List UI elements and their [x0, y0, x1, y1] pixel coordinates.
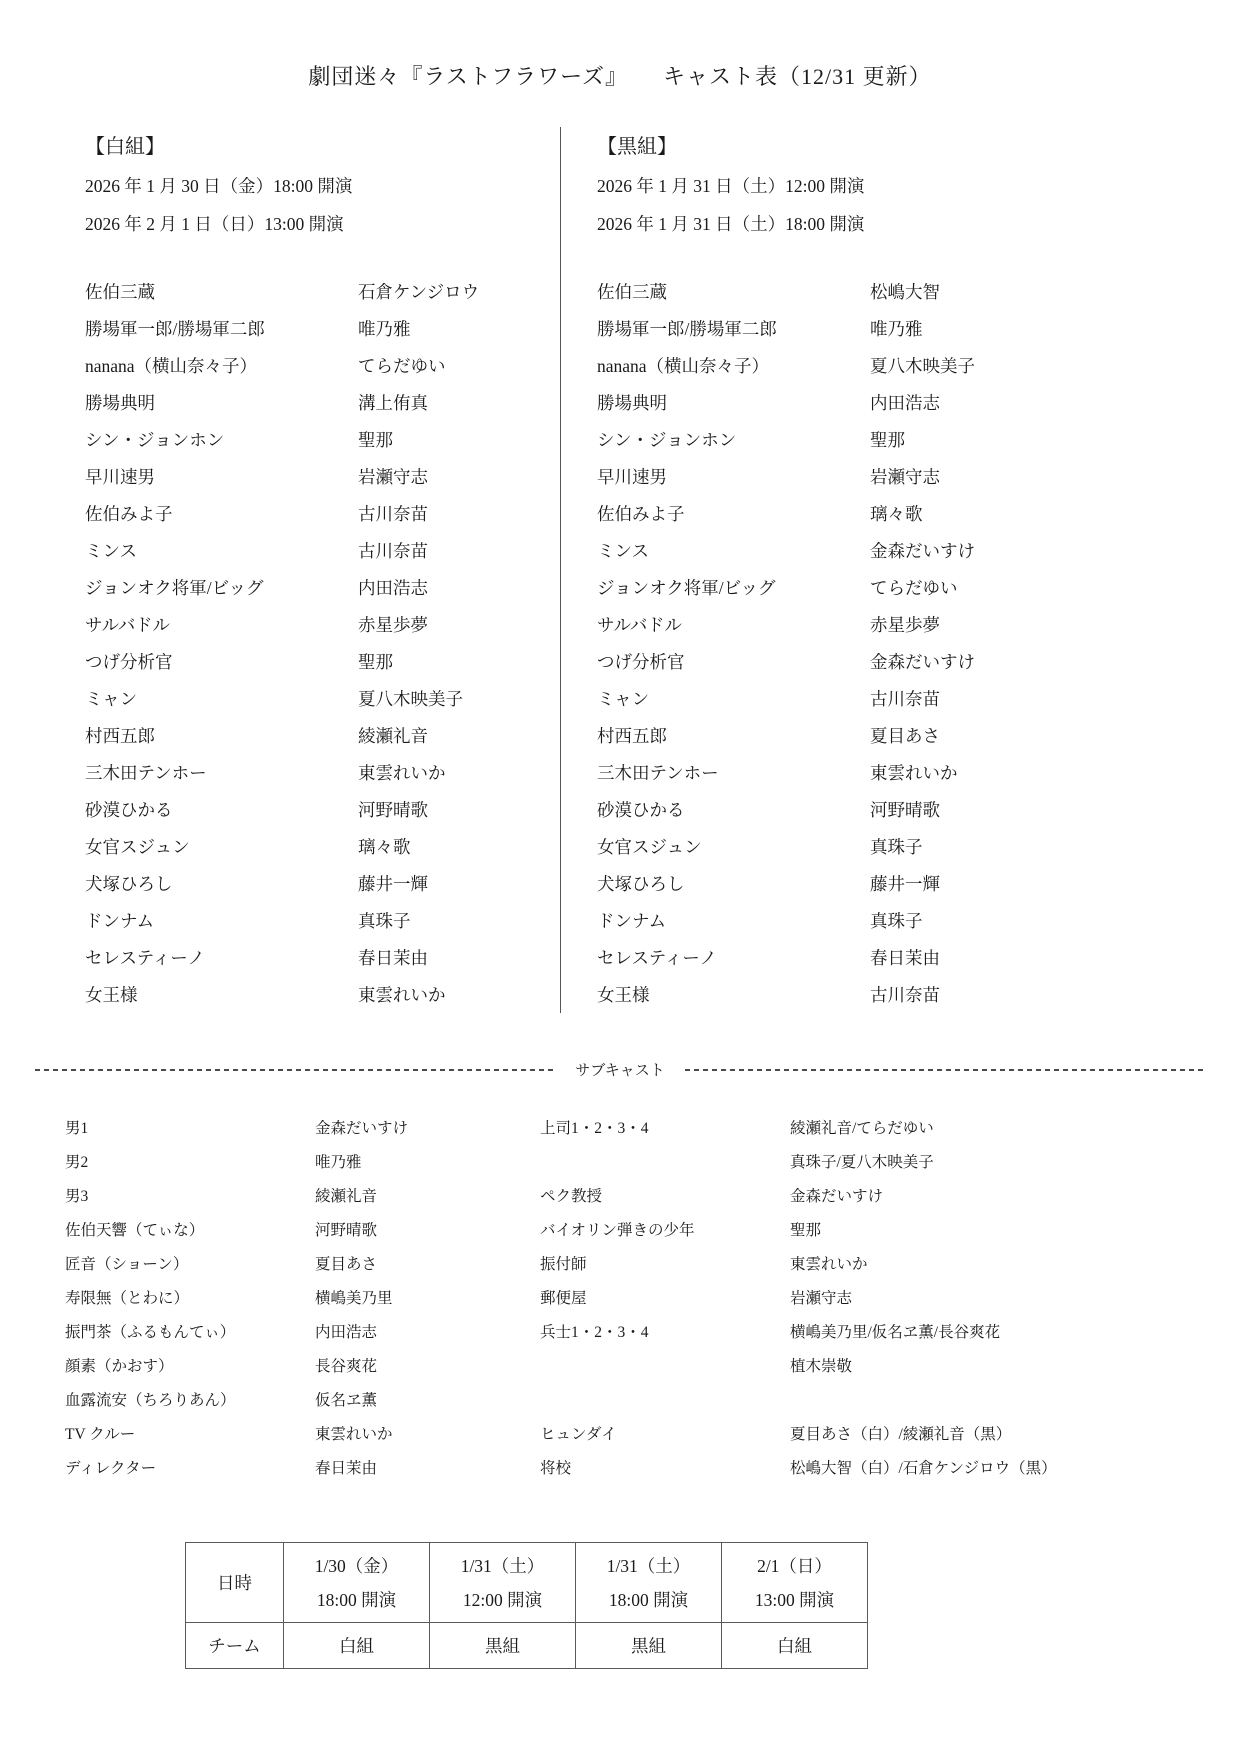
- cast-row: 早川速男 岩瀬守志: [85, 458, 560, 495]
- subcast-row: TV クルー 東雲れいか ヒュンダイ 夏目あさ（白）/綾瀬礼音（黒）: [65, 1416, 1240, 1450]
- cast-row: 村西五郎 綾瀬礼音: [85, 717, 560, 754]
- subcast-row: 顔素（かおす） 長谷爽花 植木崇敬: [65, 1348, 1240, 1382]
- role-name: 勝場典明: [597, 390, 870, 415]
- subcast-actor-left: 仮名ヱ薫: [315, 1388, 540, 1410]
- cast-row: ミンス 古川奈苗: [85, 532, 560, 569]
- subcast-role-right: 上司1・2・3・4: [540, 1116, 790, 1138]
- cast-row: 佐伯みよ子 璃々歌: [597, 495, 1150, 532]
- actor-name: 赤星歩夢: [870, 612, 1150, 637]
- role-name: 佐伯みよ子: [85, 501, 358, 526]
- subcast-role-left: 振門茶（ふるもんてぃ）: [65, 1320, 315, 1342]
- subcast-actor-left: 横嶋美乃里: [315, 1286, 540, 1308]
- role-name: 勝場典明: [85, 390, 358, 415]
- subcast-role-left: 血露流安（ちろりあん）: [65, 1388, 315, 1410]
- actor-name: 内田浩志: [870, 390, 1150, 415]
- subcast-role-right: 郵便屋: [540, 1286, 790, 1308]
- subcast-row: 振門茶（ふるもんてぃ） 内田浩志 兵士1・2・3・4 横嶋美乃里/仮名ヱ薫/長谷…: [65, 1314, 1240, 1348]
- cast-row: ミンス 金森だいすけ: [597, 532, 1150, 569]
- role-name: 犬塚ひろし: [597, 871, 870, 896]
- team-black-header: 【黒組】: [597, 127, 1150, 167]
- actor-name: 夏八木映美子: [870, 353, 1150, 378]
- role-name: 佐伯三蔵: [85, 279, 358, 304]
- actor-name: てらだゆい: [870, 575, 1150, 600]
- role-name: ミャン: [85, 686, 358, 711]
- actor-name: 古川奈苗: [358, 538, 560, 563]
- actor-name: 古川奈苗: [358, 501, 560, 526]
- subcast-row: 寿限無（とわに） 横嶋美乃里 郵便屋 岩瀬守志: [65, 1280, 1240, 1314]
- role-name: 女官スジュン: [85, 834, 358, 859]
- subcast-role-left: 寿限無（とわに）: [65, 1286, 315, 1308]
- team-black-date-1: 2026 年 1 月 31 日（土）12:00 開演: [597, 167, 1150, 205]
- subcast-actor-right: 植木崇敬: [790, 1354, 1240, 1376]
- actor-name: 綾瀬礼音: [358, 723, 560, 748]
- team-white-header: 【白組】: [85, 127, 560, 167]
- role-name: サルバドル: [597, 612, 870, 637]
- subcast-actor-left: 夏目あさ: [315, 1252, 540, 1274]
- cast-row: 犬塚ひろし 藤井一輝: [597, 865, 1150, 902]
- actor-name: 聖那: [358, 427, 560, 452]
- actor-name: 河野晴歌: [358, 797, 560, 822]
- role-name: 早川速男: [85, 464, 358, 489]
- cast-row: シン・ジョンホン 聖那: [85, 421, 560, 458]
- subcast-role-left: 男1: [65, 1116, 315, 1138]
- role-name: つげ分析官: [85, 649, 358, 674]
- cast-row: 勝場軍一郎/勝場軍二郎 唯乃雅: [85, 310, 560, 347]
- subcast-role-right: ペク教授: [540, 1184, 790, 1206]
- team-white-date-1: 2026 年 1 月 30 日（金）18:00 開演: [85, 167, 560, 205]
- role-name: 女王様: [597, 982, 870, 1007]
- subcast-role-right: ヒュンダイ: [540, 1422, 790, 1444]
- team-black-cast-list: 佐伯三蔵 松嶋大智 勝場軍一郎/勝場軍二郎 唯乃雅 nanana（横山奈々子） …: [597, 273, 1150, 1013]
- role-name: セレスティーノ: [85, 945, 358, 970]
- cast-row: 村西五郎 夏目あさ: [597, 717, 1150, 754]
- subcast-row: 男3 綾瀬礼音 ペク教授 金森だいすけ: [65, 1178, 1240, 1212]
- subcast-row: 男1 金森だいすけ 上司1・2・3・4 綾瀬礼音/てらだゆい: [65, 1110, 1240, 1144]
- actor-name: 東雲れいか: [358, 760, 560, 785]
- subcast-actor-right: 横嶋美乃里/仮名ヱ薫/長谷爽花: [790, 1320, 1240, 1342]
- role-name: ジョンオク将軍/ビッグ: [597, 575, 870, 600]
- role-name: セレスティーノ: [597, 945, 870, 970]
- schedule-datetime-label: 日時: [186, 1543, 284, 1623]
- actor-name: 松嶋大智: [870, 279, 1150, 304]
- subcast-row: ディレクター 春日茉由 将校 松嶋大智（白）/石倉ケンジロウ（黒）: [65, 1450, 1240, 1484]
- schedule-team-cell: 白組: [722, 1623, 868, 1669]
- cast-row: 三木田テンホー 東雲れいか: [85, 754, 560, 791]
- actor-name: 藤井一輝: [358, 871, 560, 896]
- subcast-actor-right: 夏目あさ（白）/綾瀬礼音（黒）: [790, 1422, 1240, 1444]
- role-name: nanana（横山奈々子）: [85, 353, 358, 378]
- cast-row: サルバドル 赤星歩夢: [85, 606, 560, 643]
- subcast-role-right: バイオリン弾きの少年: [540, 1218, 790, 1240]
- role-name: 村西五郎: [597, 723, 870, 748]
- cast-row: ジョンオク将軍/ビッグ 内田浩志: [85, 569, 560, 606]
- subcast-divider-label: サブキャスト: [575, 1059, 664, 1080]
- cast-row: 犬塚ひろし 藤井一輝: [85, 865, 560, 902]
- cast-row: シン・ジョンホン 聖那: [597, 421, 1150, 458]
- cast-row: 女官スジュン 真珠子: [597, 828, 1150, 865]
- actor-name: 藤井一輝: [870, 871, 1150, 896]
- cast-row: 勝場典明 溝上侑真: [85, 384, 560, 421]
- subcast-row: 匠音（ショーン） 夏目あさ 振付師 東雲れいか: [65, 1246, 1240, 1280]
- schedule-cell: 1/30（金） 18:00 開演: [284, 1543, 430, 1623]
- team-white-column: 【白組】 2026 年 1 月 30 日（金）18:00 開演 2026 年 2…: [85, 127, 560, 1013]
- schedule-date: 1/31（土）: [440, 1549, 565, 1583]
- cast-row: 女王様 東雲れいか: [85, 976, 560, 1013]
- subcast-role-left: 匠音（ショーン）: [65, 1252, 315, 1274]
- role-name: 砂漠ひかる: [597, 797, 870, 822]
- subcast-role-right: 振付師: [540, 1252, 790, 1274]
- schedule-date: 1/31（土）: [586, 1549, 711, 1583]
- subcast-actor-left: 唯乃雅: [315, 1150, 540, 1172]
- actor-name: 真珠子: [358, 908, 560, 933]
- schedule-cell: 1/31（土） 12:00 開演: [430, 1543, 576, 1623]
- actor-name: 金森だいすけ: [870, 649, 1150, 674]
- subcast-role-left: ディレクター: [65, 1456, 315, 1478]
- cast-row: サルバドル 赤星歩夢: [597, 606, 1150, 643]
- cast-sheet-page: 劇団迷々『ラストフラワーズ』 キャスト表（12/31 更新） 【白組】 2026…: [0, 0, 1240, 1755]
- role-name: 犬塚ひろし: [85, 871, 358, 896]
- role-name: ドンナム: [597, 908, 870, 933]
- schedule-date: 2/1（日）: [732, 1549, 857, 1583]
- role-name: ドンナム: [85, 908, 358, 933]
- cast-row: セレスティーノ 春日茉由: [85, 939, 560, 976]
- role-name: ミンス: [597, 538, 870, 563]
- cast-row: 三木田テンホー 東雲れいか: [597, 754, 1150, 791]
- role-name: 三木田テンホー: [85, 760, 358, 785]
- cast-row: ドンナム 真珠子: [597, 902, 1150, 939]
- subcast-role-right: 兵士1・2・3・4: [540, 1320, 790, 1342]
- subcast-actor-right: 金森だいすけ: [790, 1184, 1240, 1206]
- role-name: つげ分析官: [597, 649, 870, 674]
- subcast-role-right: 将校: [540, 1456, 790, 1478]
- schedule-team-row: チーム 白組 黒組 黒組 白組: [186, 1623, 868, 1669]
- actor-name: 聖那: [870, 427, 1150, 452]
- schedule-datetime-row: 日時 1/30（金） 18:00 開演 1/31（土） 12:00 開演 1/3…: [186, 1543, 868, 1623]
- role-name: ミャン: [597, 686, 870, 711]
- subcast-actor-right: 真珠子/夏八木映美子: [790, 1150, 1240, 1172]
- subcast-actor-right: 松嶋大智（白）/石倉ケンジロウ（黒）: [790, 1456, 1240, 1478]
- actor-name: 赤星歩夢: [358, 612, 560, 637]
- cast-row: つげ分析官 金森だいすけ: [597, 643, 1150, 680]
- team-black-date-2: 2026 年 1 月 31 日（土）18:00 開演: [597, 205, 1150, 243]
- cast-row: 勝場軍一郎/勝場軍二郎 唯乃雅: [597, 310, 1150, 347]
- schedule-time: 18:00 開演: [586, 1583, 711, 1617]
- actor-name: 河野晴歌: [870, 797, 1150, 822]
- subcast-section: 男1 金森だいすけ 上司1・2・3・4 綾瀬礼音/てらだゆい 男2 唯乃雅 真珠…: [65, 1110, 1240, 1484]
- schedule-team-cell: 白組: [284, 1623, 430, 1669]
- role-name: 女官スジュン: [597, 834, 870, 859]
- subcast-role-left: 佐伯天響（てぃな）: [65, 1218, 315, 1240]
- cast-row: ジョンオク将軍/ビッグ てらだゆい: [597, 569, 1150, 606]
- role-name: 佐伯みよ子: [597, 501, 870, 526]
- subcast-divider: サブキャスト: [35, 1059, 1205, 1080]
- cast-row: セレスティーノ 春日茉由: [597, 939, 1150, 976]
- subcast-actor-left: 長谷爽花: [315, 1354, 540, 1376]
- cast-row: 佐伯三蔵 松嶋大智: [597, 273, 1150, 310]
- actor-name: 東雲れいか: [870, 760, 1150, 785]
- role-name: 早川速男: [597, 464, 870, 489]
- team-black-column: 【黒組】 2026 年 1 月 31 日（土）12:00 開演 2026 年 1…: [560, 127, 1150, 1013]
- subcast-row: 男2 唯乃雅 真珠子/夏八木映美子: [65, 1144, 1240, 1178]
- actor-name: 真珠子: [870, 834, 1150, 859]
- subcast-actor-right: 岩瀬守志: [790, 1286, 1240, 1308]
- actor-name: 古川奈苗: [870, 686, 1150, 711]
- role-name: 女王様: [85, 982, 358, 1007]
- actor-name: 真珠子: [870, 908, 1150, 933]
- teams-section: 【白組】 2026 年 1 月 30 日（金）18:00 開演 2026 年 2…: [85, 127, 1240, 1013]
- cast-row: ドンナム 真珠子: [85, 902, 560, 939]
- actor-name: 内田浩志: [358, 575, 560, 600]
- subcast-actor-left: 河野晴歌: [315, 1218, 540, 1240]
- cast-row: つげ分析官 聖那: [85, 643, 560, 680]
- page-title: 劇団迷々『ラストフラワーズ』 キャスト表（12/31 更新）: [0, 0, 1240, 91]
- subcast-actor-right: 聖那: [790, 1218, 1240, 1240]
- actor-name: 古川奈苗: [870, 982, 1150, 1007]
- role-name: 勝場軍一郎/勝場軍二郎: [597, 316, 870, 341]
- subcast-row: 血露流安（ちろりあん） 仮名ヱ薫: [65, 1382, 1240, 1416]
- schedule-team-cell: 黒組: [430, 1623, 576, 1669]
- schedule-time: 13:00 開演: [732, 1583, 857, 1617]
- cast-row: 砂漠ひかる 河野晴歌: [597, 791, 1150, 828]
- actor-name: 溝上侑真: [358, 390, 560, 415]
- cast-row: nanana（横山奈々子） てらだゆい: [85, 347, 560, 384]
- actor-name: 聖那: [358, 649, 560, 674]
- subcast-actor-left: 内田浩志: [315, 1320, 540, 1342]
- cast-row: 砂漠ひかる 河野晴歌: [85, 791, 560, 828]
- actor-name: てらだゆい: [358, 353, 560, 378]
- role-name: シン・ジョンホン: [597, 427, 870, 452]
- role-name: 勝場軍一郎/勝場軍二郎: [85, 316, 358, 341]
- divider-dash-right: [685, 1069, 1205, 1071]
- cast-row: 佐伯三蔵 石倉ケンジロウ: [85, 273, 560, 310]
- actor-name: 岩瀬守志: [358, 464, 560, 489]
- role-name: 村西五郎: [85, 723, 358, 748]
- cast-row: 勝場典明 内田浩志: [597, 384, 1150, 421]
- cast-row: 女王様 古川奈苗: [597, 976, 1150, 1013]
- schedule-time: 18:00 開演: [294, 1583, 419, 1617]
- role-name: ミンス: [85, 538, 358, 563]
- subcast-actor-right: 東雲れいか: [790, 1252, 1240, 1274]
- actor-name: 唯乃雅: [358, 316, 560, 341]
- schedule-cell: 2/1（日） 13:00 開演: [722, 1543, 868, 1623]
- cast-row: 早川速男 岩瀬守志: [597, 458, 1150, 495]
- subcast-role-left: TV クルー: [65, 1422, 315, 1444]
- subcast-actor-right: 綾瀬礼音/てらだゆい: [790, 1116, 1240, 1138]
- actor-name: 唯乃雅: [870, 316, 1150, 341]
- actor-name: 璃々歌: [870, 501, 1150, 526]
- role-name: シン・ジョンホン: [85, 427, 358, 452]
- role-name: 三木田テンホー: [597, 760, 870, 785]
- cast-row: 女官スジュン 璃々歌: [85, 828, 560, 865]
- subcast-role-left: 顔素（かおす）: [65, 1354, 315, 1376]
- subcast-role-left: 男3: [65, 1184, 315, 1206]
- actor-name: 夏八木映美子: [358, 686, 560, 711]
- schedule-time: 12:00 開演: [440, 1583, 565, 1617]
- role-name: nanana（横山奈々子）: [597, 353, 870, 378]
- cast-row: ミャン 夏八木映美子: [85, 680, 560, 717]
- role-name: ジョンオク将軍/ビッグ: [85, 575, 358, 600]
- subcast-actor-left: 金森だいすけ: [315, 1116, 540, 1138]
- actor-name: 春日茉由: [358, 945, 560, 970]
- divider-dash-left: [35, 1069, 555, 1071]
- cast-row: ミャン 古川奈苗: [597, 680, 1150, 717]
- actor-name: 夏目あさ: [870, 723, 1150, 748]
- actor-name: 石倉ケンジロウ: [358, 279, 560, 304]
- subcast-actor-left: 東雲れいか: [315, 1422, 540, 1444]
- cast-row: 佐伯みよ子 古川奈苗: [85, 495, 560, 532]
- team-white-date-2: 2026 年 2 月 1 日（日）13:00 開演: [85, 205, 560, 243]
- subcast-actor-left: 春日茉由: [315, 1456, 540, 1478]
- role-name: 砂漠ひかる: [85, 797, 358, 822]
- actor-name: 金森だいすけ: [870, 538, 1150, 563]
- actor-name: 岩瀬守志: [870, 464, 1150, 489]
- subcast-role-left: 男2: [65, 1150, 315, 1172]
- subcast-row: 佐伯天響（てぃな） 河野晴歌 バイオリン弾きの少年 聖那: [65, 1212, 1240, 1246]
- schedule-date: 1/30（金）: [294, 1549, 419, 1583]
- schedule-cell: 1/31（土） 18:00 開演: [576, 1543, 722, 1623]
- actor-name: 璃々歌: [358, 834, 560, 859]
- schedule-team-cell: 黒組: [576, 1623, 722, 1669]
- actor-name: 東雲れいか: [358, 982, 560, 1007]
- role-name: サルバドル: [85, 612, 358, 637]
- role-name: 佐伯三蔵: [597, 279, 870, 304]
- cast-row: nanana（横山奈々子） 夏八木映美子: [597, 347, 1150, 384]
- actor-name: 春日茉由: [870, 945, 1150, 970]
- schedule-table: 日時 1/30（金） 18:00 開演 1/31（土） 12:00 開演 1/3…: [185, 1542, 868, 1669]
- schedule-team-label: チーム: [186, 1623, 284, 1669]
- subcast-actor-left: 綾瀬礼音: [315, 1184, 540, 1206]
- team-white-cast-list: 佐伯三蔵 石倉ケンジロウ 勝場軍一郎/勝場軍二郎 唯乃雅 nanana（横山奈々…: [85, 273, 560, 1013]
